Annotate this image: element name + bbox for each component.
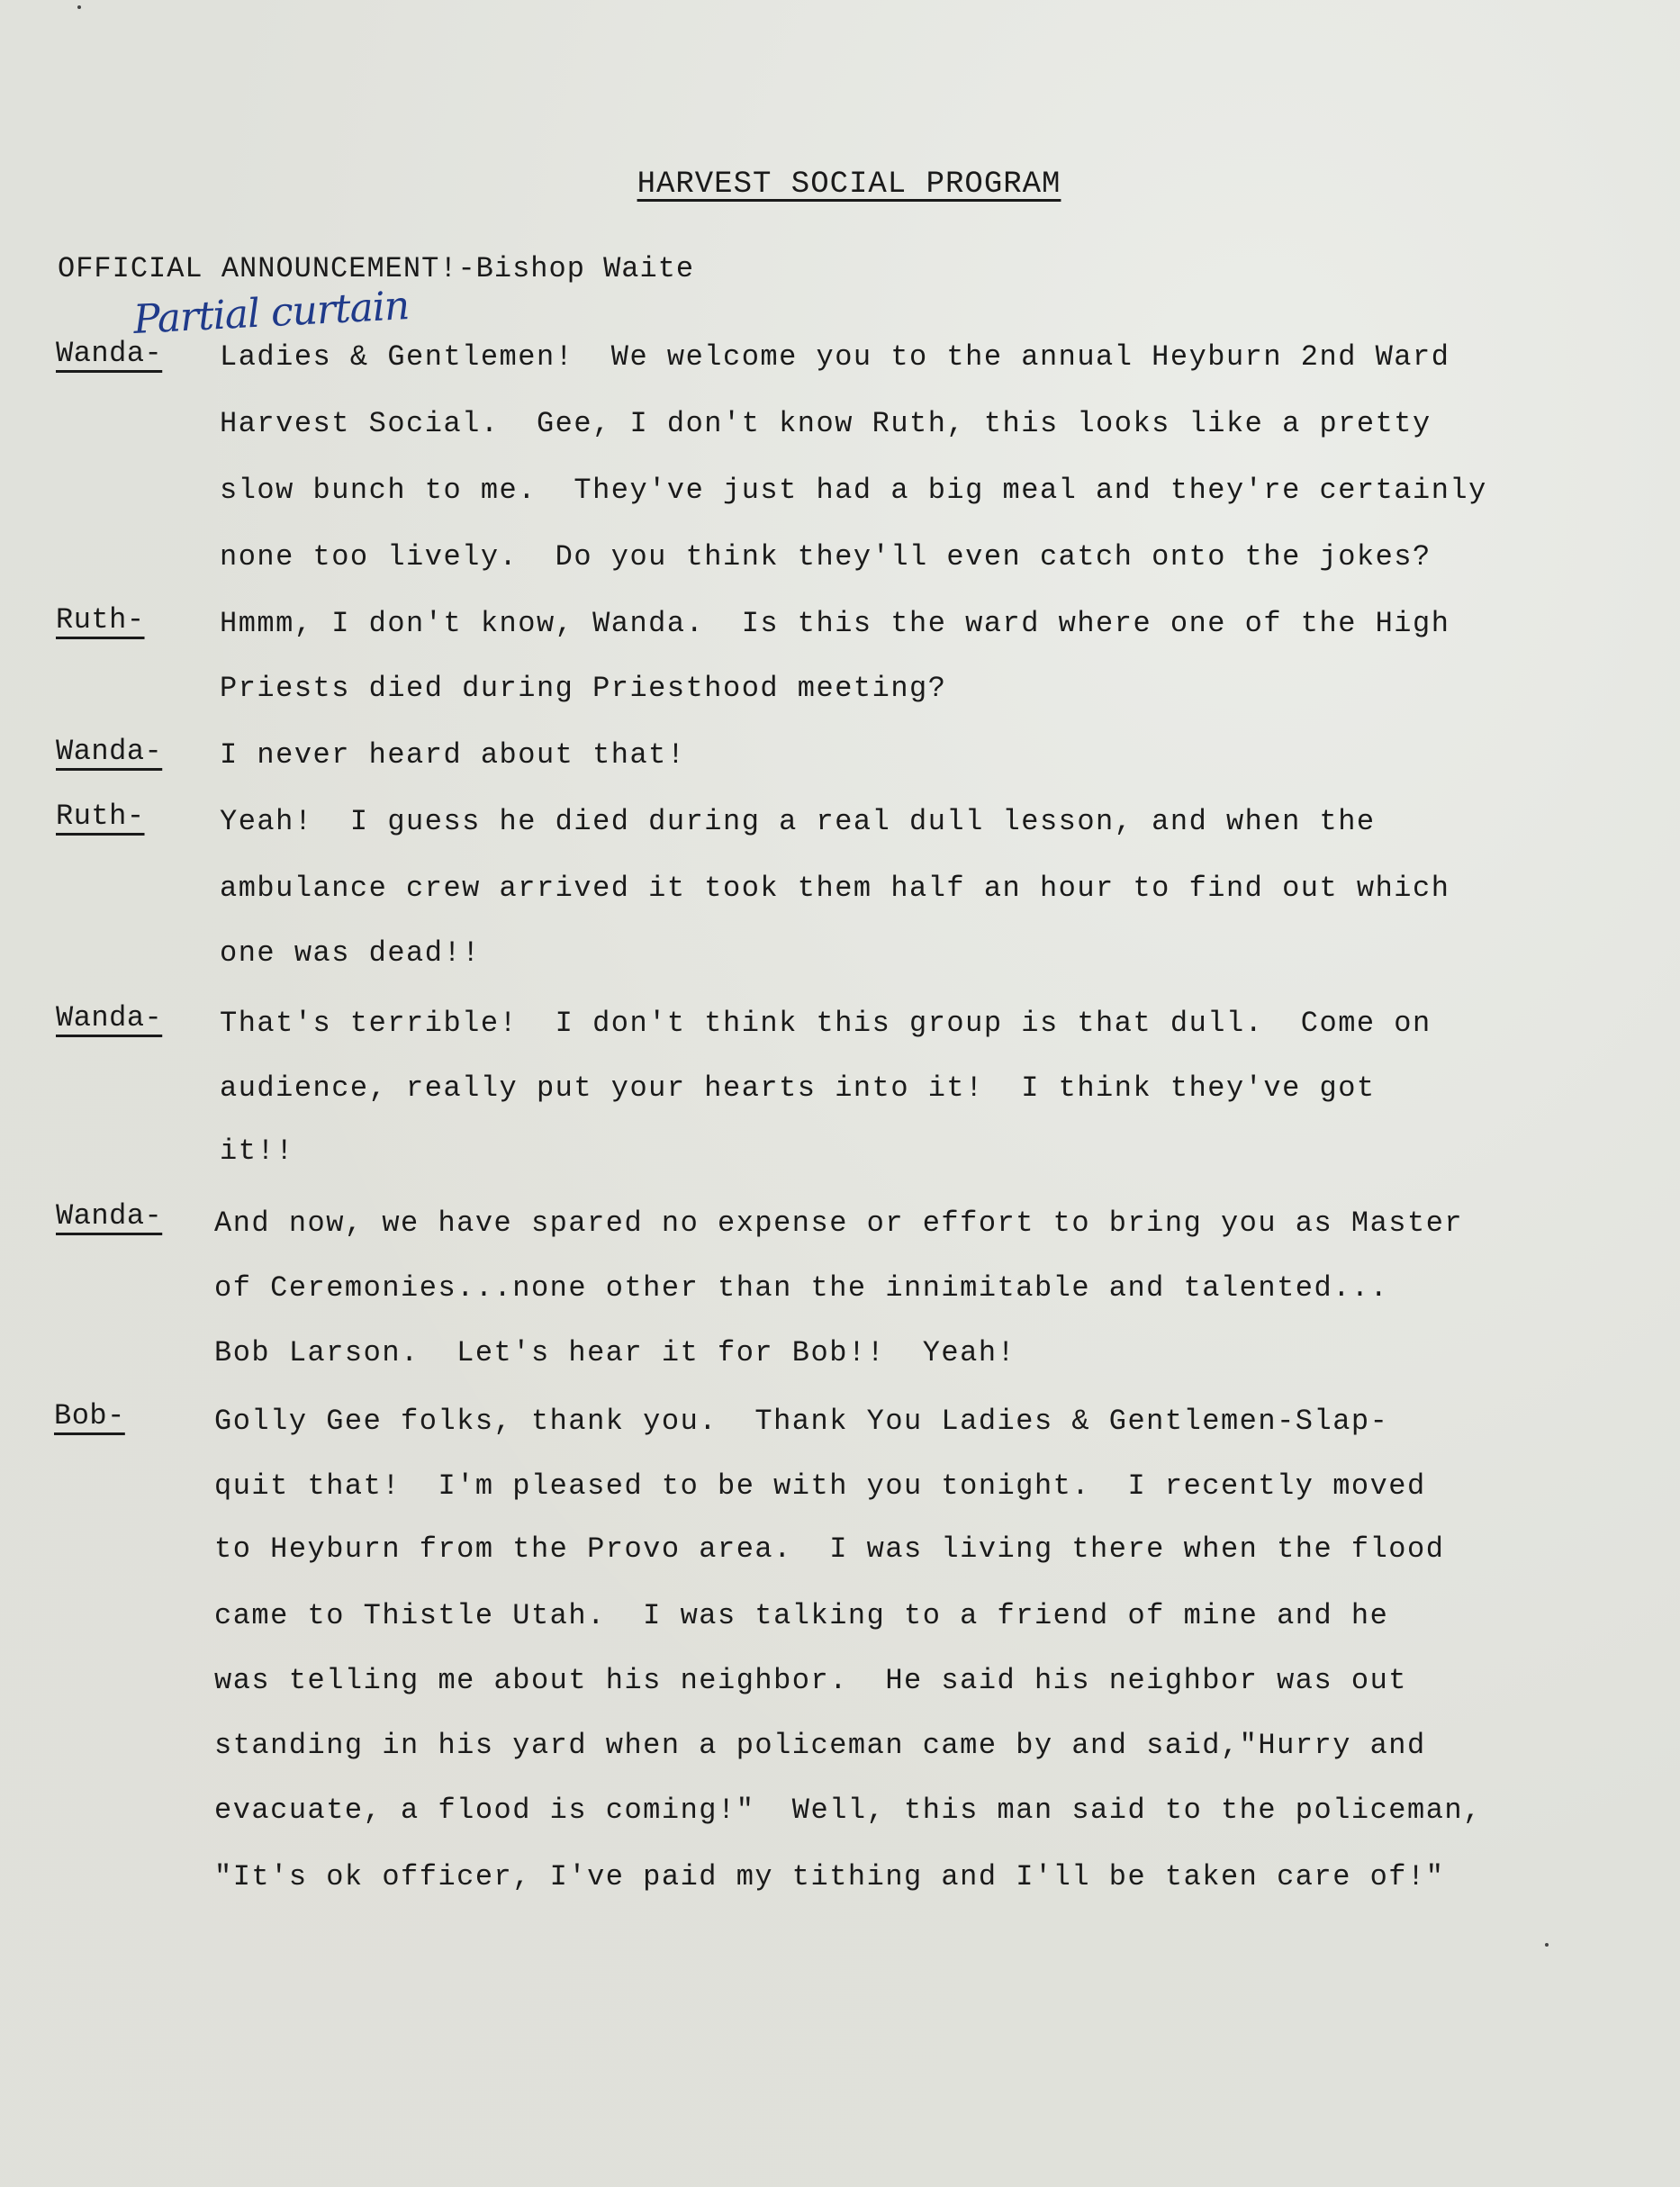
dialogue-line: Bob Larson. Let's hear it for Bob!! Yeah…	[214, 1336, 1016, 1369]
dialogue-line: "It's ok officer, I've paid my tithing a…	[214, 1860, 1444, 1893]
dialogue-line: Ladies & Gentlemen! We welcome you to th…	[220, 340, 1450, 374]
dialogue-line: That's terrible! I don't think this grou…	[220, 1007, 1432, 1040]
document-page: HARVEST SOCIAL PROGRAM OFFICIAL ANNOUNCE…	[0, 0, 1680, 2187]
dialogue-line: quit that! I'm pleased to be with you to…	[214, 1469, 1426, 1503]
dialogue-line: I never heard about that!	[220, 738, 686, 772]
speaker-label: Bob-	[54, 1399, 125, 1432]
paper-speck	[1545, 1943, 1549, 1947]
dialogue-line: evacuate, a flood is coming!" Well, this…	[214, 1794, 1482, 1827]
dialogue-line: was telling me about his neighbor. He sa…	[214, 1664, 1407, 1697]
speaker-label: Wanda-	[56, 1199, 162, 1233]
speaker-label: Ruth-	[56, 800, 145, 833]
paper-speck	[77, 5, 81, 9]
dialogue-line: Golly Gee folks, thank you. Thank You La…	[214, 1405, 1388, 1438]
dialogue-line: of Ceremonies...none other than the inni…	[214, 1271, 1388, 1305]
handwritten-note: Partial curtain	[132, 283, 411, 343]
speaker-label: Wanda-	[56, 1001, 162, 1035]
dialogue-line: slow bunch to me. They've just had a big…	[220, 474, 1487, 507]
title-text: HARVEST SOCIAL PROGRAM	[619, 167, 1061, 202]
dialogue-line: Priests died during Priesthood meeting?	[220, 672, 946, 705]
dialogue-line: ambulance crew arrived it took them half…	[220, 872, 1450, 905]
dialogue-line: one was dead!!	[220, 936, 481, 970]
document-title: HARVEST SOCIAL PROGRAM	[0, 167, 1680, 202]
dialogue-line: none too lively. Do you think they'll ev…	[220, 540, 1432, 574]
dialogue-line: And now, we have spared no expense or ef…	[214, 1206, 1463, 1240]
dialogue-line: Hmmm, I don't know, Wanda. Is this the w…	[220, 607, 1450, 640]
speaker-label: Wanda-	[56, 337, 162, 370]
speaker-label: Wanda-	[56, 735, 162, 768]
dialogue-line: to Heyburn from the Provo area. I was li…	[214, 1532, 1444, 1566]
dialogue-line: came to Thistle Utah. I was talking to a…	[214, 1599, 1388, 1632]
dialogue-line: standing in his yard when a policeman ca…	[214, 1729, 1426, 1762]
official-announcement: OFFICIAL ANNOUNCEMENT!-Bishop Waite	[58, 252, 694, 285]
dialogue-line: audience, really put your hearts into it…	[220, 1071, 1376, 1105]
dialogue-line: Yeah! I guess he died during a real dull…	[220, 805, 1376, 838]
dialogue-line: Harvest Social. Gee, I don't know Ruth, …	[220, 407, 1432, 440]
dialogue-line: it!!	[220, 1134, 294, 1168]
speaker-label: Ruth-	[56, 603, 145, 637]
